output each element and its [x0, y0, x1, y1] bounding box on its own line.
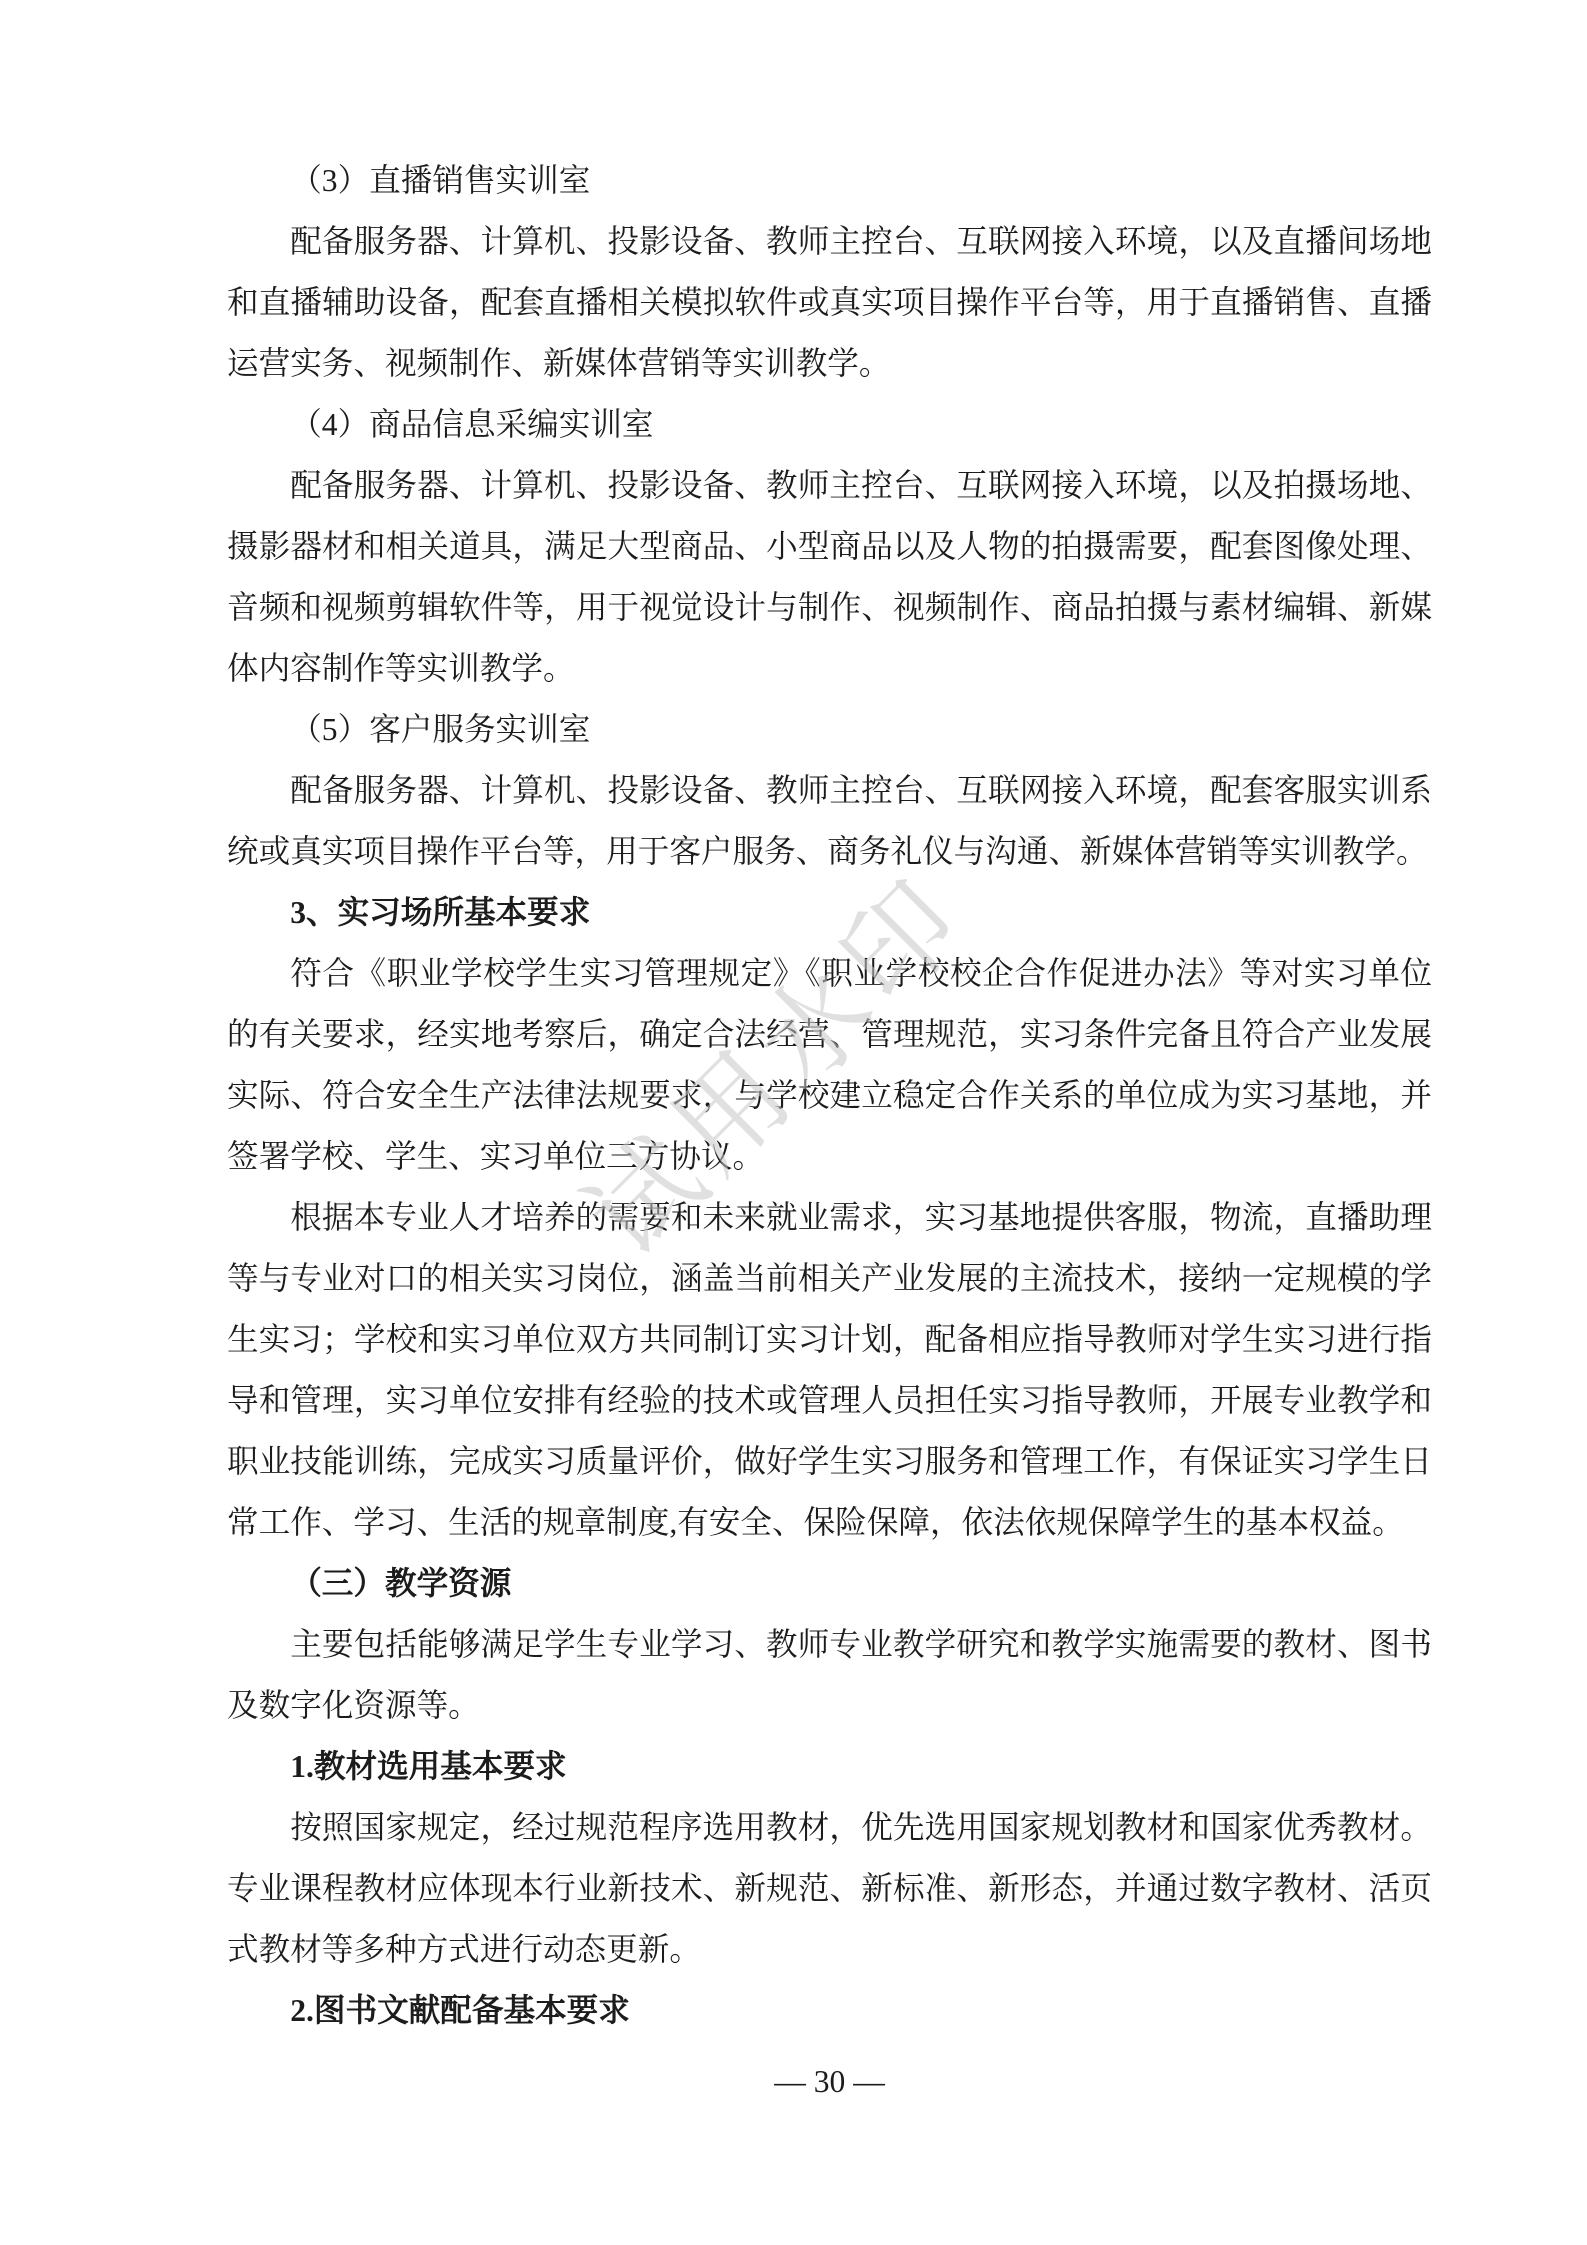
paragraph-12: 按照国家规定，经过规范程序选用教材，优先选用国家规划教材和国家优秀教材。专业课程…: [227, 1797, 1432, 1980]
paragraph-8: 根据本专业人才培养的需要和未来就业需求，实习基地提供客服，物流，直播助理等与专业…: [227, 1187, 1432, 1553]
page-number: — 30 —: [774, 2064, 885, 2099]
paragraph-3: 配备服务器、计算机、投影设备、教师主控台、互联网接入环境，以及拍摄场地、摄影器材…: [227, 455, 1432, 699]
heading-11: 1.教材选用基本要求: [227, 1736, 1432, 1797]
document-body: （3）直播销售实训室配备服务器、计算机、投影设备、教师主控台、互联网接入环境，以…: [227, 150, 1432, 2041]
paragraph-10: 主要包括能够满足学生专业学习、教师专业教学研究和教学实施需要的教材、图书及数字化…: [227, 1614, 1432, 1736]
heading-9: （三）教学资源: [227, 1553, 1432, 1614]
subheading-2: （4）商品信息采编实训室: [227, 394, 1432, 455]
document-page: 试用水印 （3）直播销售实训室配备服务器、计算机、投影设备、教师主控台、互联网接…: [0, 0, 1587, 2245]
page-footer: — 30 —: [227, 2062, 1432, 2102]
subheading-4: （5）客户服务实训室: [227, 699, 1432, 760]
heading-13: 2.图书文献配备基本要求: [227, 1980, 1432, 2041]
paragraph-5: 配备服务器、计算机、投影设备、教师主控台、互联网接入环境，配套客服实训系统或真实…: [227, 760, 1432, 882]
heading-6: 3、实习场所基本要求: [227, 882, 1432, 943]
paragraph-1: 配备服务器、计算机、投影设备、教师主控台、互联网接入环境，以及直播间场地和直播辅…: [227, 211, 1432, 394]
subheading-0: （3）直播销售实训室: [227, 150, 1432, 211]
paragraph-7: 符合《职业学校学生实习管理规定》《职业学校校企合作促进办法》等对实习单位的有关要…: [227, 943, 1432, 1187]
